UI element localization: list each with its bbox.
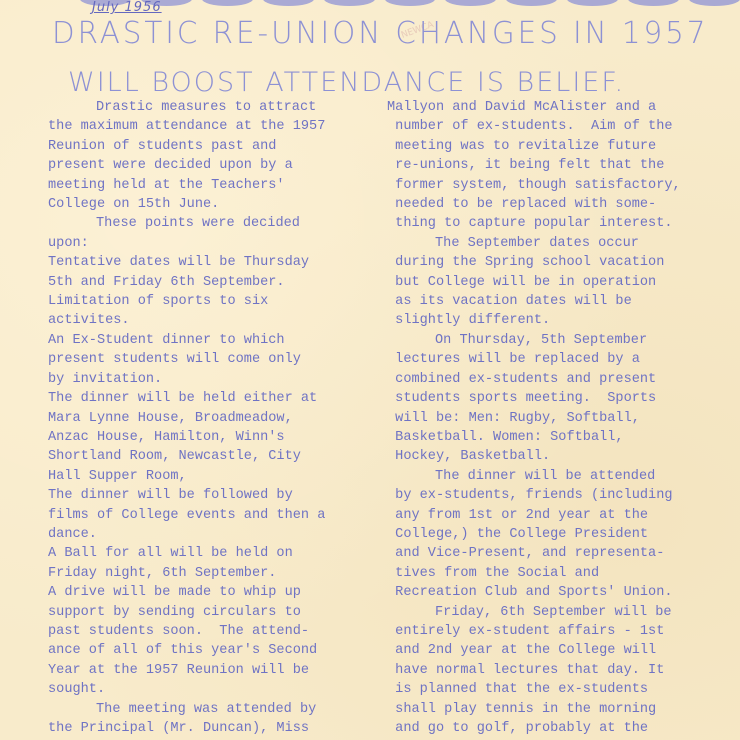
text-line: thing to capture popular interest. — [387, 214, 681, 233]
text-line: lectures will be replaced by a — [387, 350, 681, 369]
text-line: sought. — [48, 680, 325, 699]
text-line: activites. — [48, 311, 325, 330]
text-line: These points were decided — [48, 214, 325, 233]
text-line: past students soon. The attend- — [48, 622, 325, 641]
text-line: former system, though satisfactory, — [387, 176, 681, 195]
text-line: the maximum attendance at the 1957 — [48, 117, 325, 136]
text-line: College on 15th June. — [48, 195, 325, 214]
text-line: Mallyon and David McAlister and a — [387, 98, 681, 117]
text-line: meeting held at the Teachers' — [48, 176, 325, 195]
text-line: An Ex-Student dinner to which — [48, 331, 325, 350]
text-line: Hall Supper Room, — [48, 467, 325, 486]
text-line: Reunion of students past and — [48, 137, 325, 156]
article-left-column: Drastic measures to attractthe maximum a… — [48, 98, 325, 738]
text-line: is planned that the ex-students — [387, 680, 681, 699]
text-line: A Ball for all will be held on — [48, 544, 325, 563]
text-line: during the Spring school vacation — [387, 253, 681, 272]
text-line: shall play tennis in the morning — [387, 700, 681, 719]
text-line: support by sending circulars to — [48, 603, 325, 622]
text-line: Year at the 1957 Reunion will be — [48, 661, 325, 680]
text-line: Shortland Room, Newcastle, City — [48, 447, 325, 466]
text-line: Anzac House, Hamilton, Winn's — [48, 428, 325, 447]
text-line: students sports meeting. Sports — [387, 389, 681, 408]
text-line: On Thursday, 5th September — [387, 331, 681, 350]
text-line: entirely ex-student affairs - 1st — [387, 622, 681, 641]
text-line: any from 1st or 2nd year at the — [387, 506, 681, 525]
text-line: present were decided upon by a — [48, 156, 325, 175]
text-line: by ex-students, friends (including — [387, 486, 681, 505]
text-line: The dinner will be attended — [387, 467, 681, 486]
text-line: and Vice-Present, and representa- — [387, 544, 681, 563]
text-line: The dinner will be held either at — [48, 389, 325, 408]
newsletter-page: July 1956 NEWCA DRASTIC RE-UNION CHANGES… — [0, 0, 740, 740]
text-line: Recreation Club and Sports' Union. — [387, 583, 681, 602]
text-line: re-unions, it being felt that the — [387, 156, 681, 175]
headline-line-1: DRASTIC RE-UNION CHANGES IN 1957 — [52, 16, 740, 51]
masthead-cutoff — [80, 0, 740, 6]
text-line: Tentative dates will be Thursday — [48, 253, 325, 272]
text-line: as its vacation dates will be — [387, 292, 681, 311]
headline-line-2: WILL BOOST ATTENDANCE IS BELIEF. — [68, 67, 740, 98]
text-line: The meeting was attended by — [48, 700, 325, 719]
text-line: by invitation. — [48, 370, 325, 389]
text-line: meeting was to revitalize future — [387, 137, 681, 156]
text-line: A drive will be made to whip up — [48, 583, 325, 602]
text-line: Mara Lynne House, Broadmeadow, — [48, 409, 325, 428]
text-line: Drastic measures to attract — [48, 98, 325, 117]
text-line: ance of all of this year's Second — [48, 641, 325, 660]
text-line: have normal lectures that day. It — [387, 661, 681, 680]
text-line: the Principal (Mr. Duncan), Miss — [48, 719, 325, 738]
text-line: Limitation of sports to six — [48, 292, 325, 311]
text-line: dance. — [48, 525, 325, 544]
text-line: Hockey, Basketball. — [387, 447, 681, 466]
text-line: The September dates occur — [387, 234, 681, 253]
text-line: tives from the Social and — [387, 564, 681, 583]
text-line: Basketball. Women: Softball, — [387, 428, 681, 447]
text-line: Friday, 6th September will be — [387, 603, 681, 622]
text-line: Friday night, 6th September. — [48, 564, 325, 583]
text-line: and 2nd year at the College will — [387, 641, 681, 660]
article-right-column: Mallyon and David McAlister and a number… — [387, 98, 681, 738]
text-line: present students will come only — [48, 350, 325, 369]
text-line: 5th and Friday 6th September. — [48, 273, 325, 292]
text-line: will be: Men: Rugby, Softball, — [387, 409, 681, 428]
text-line: films of College events and then a — [48, 506, 325, 525]
text-line: combined ex-students and present — [387, 370, 681, 389]
text-line: slightly different. — [387, 311, 681, 330]
text-line: number of ex-students. Aim of the — [387, 117, 681, 136]
text-line: College,) the College President — [387, 525, 681, 544]
text-line: needed to be replaced with some- — [387, 195, 681, 214]
text-line: upon: — [48, 234, 325, 253]
text-line: The dinner will be followed by — [48, 486, 325, 505]
text-line: and go to golf, probably at the — [387, 719, 681, 738]
issue-date: July 1956 — [92, 0, 162, 15]
text-line: but College will be in operation — [387, 273, 681, 292]
